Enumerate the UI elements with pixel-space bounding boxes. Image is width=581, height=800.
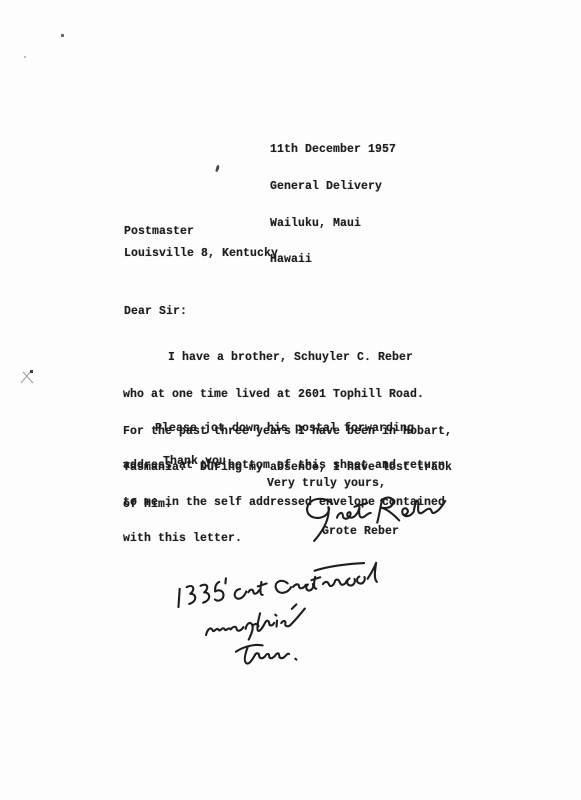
sender-address-line: General Delivery	[270, 181, 396, 193]
sender-address-line: Hawaii	[270, 254, 396, 266]
scan-speck-artifact	[24, 56, 26, 58]
typed-signature-name: Grote Reber	[322, 526, 399, 538]
thank-you-line: Thank you.	[163, 456, 233, 468]
date-line: 11th December 1957	[270, 144, 396, 156]
salutation: Dear Sir:	[124, 306, 187, 318]
sender-address-line: Wailuku, Maui	[270, 218, 396, 230]
sender-date-address-block: 11th December 1957 General Delivery Wail…	[270, 120, 396, 291]
scan-speck-artifact	[61, 34, 64, 37]
recipient-name: Postmaster	[124, 226, 194, 238]
pencil-mark	[20, 368, 36, 385]
closing-line: Very truly yours,	[267, 478, 386, 490]
recipient-city: Louisville 8, Kentucky	[124, 248, 278, 260]
typed-line: Please jot down his postal forwarding	[123, 423, 445, 435]
typed-line: I have a brother, Schuyler C. Reber	[123, 352, 452, 364]
stray-ink-mark	[215, 165, 220, 173]
handwritten-address-state	[225, 635, 315, 672]
scanned-letter-page: 11th December 1957 General Delivery Wail…	[0, 0, 581, 800]
handwritten-signature	[298, 488, 441, 547]
